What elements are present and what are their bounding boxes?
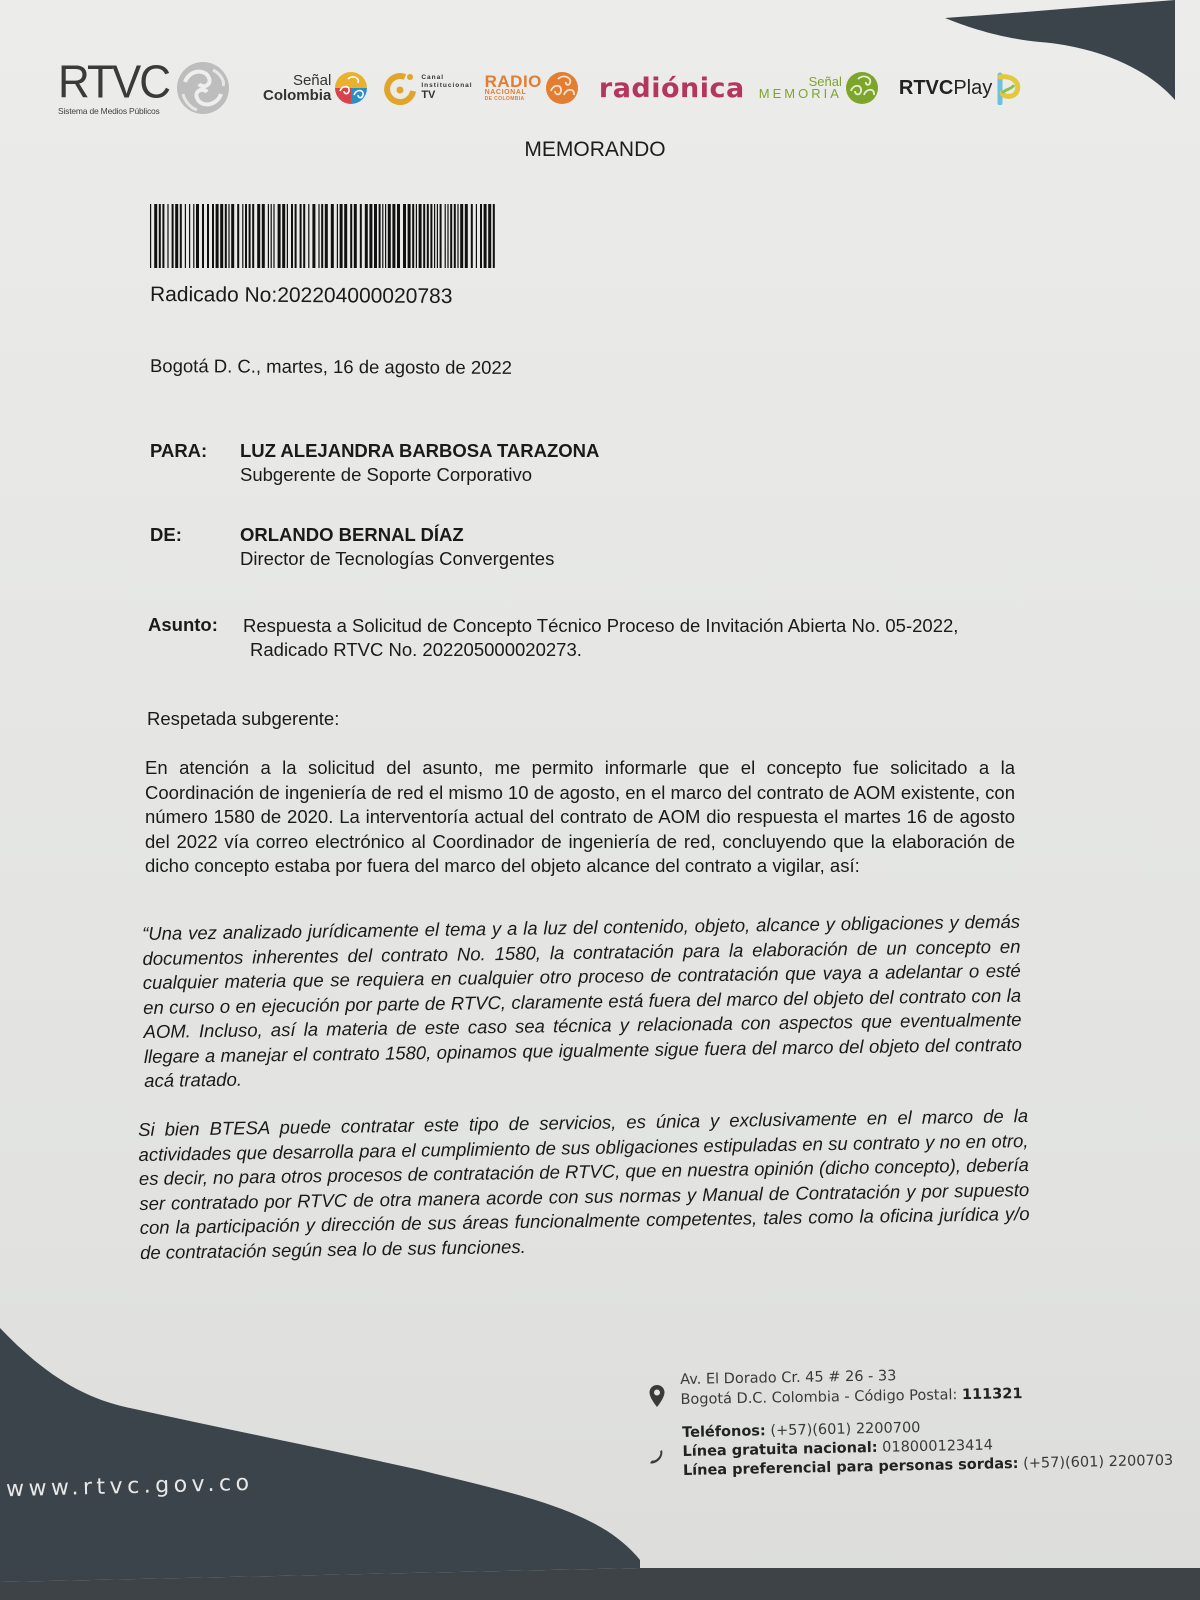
canal-text-line3: TV (421, 89, 472, 102)
recipient-role: Subgerente de Soporte Corporativo (240, 464, 532, 486)
senal-memoria-bottom-text: MEMORIA (759, 88, 842, 100)
play-icon (994, 71, 1024, 105)
senal-colombia-top-text: Señal (263, 73, 331, 88)
phones-value: (+57)(601) 2200700 (766, 1420, 921, 1439)
deaf-line-value: (+57)(601) 2200703 (1018, 1453, 1173, 1472)
recipient-name: LUZ ALEJANDRA BARBOSA TARAZONA (240, 440, 599, 462)
senal-colombia-bottom-text: Colombia (263, 88, 331, 103)
memo-date: Bogotá D. C., martes, 16 de agosto de 20… (150, 355, 512, 379)
canal-text-line2: Institucional (421, 82, 472, 89)
rtvc-logo-text: RTVC (58, 60, 169, 106)
memo-page: RTVC Sistema de Medios Públicos Señal Co… (0, 0, 1200, 1600)
body-paragraph: En atención a la solicitud del asunto, m… (145, 756, 1015, 879)
canal-institucional-logo: Canal Institucional TV (380, 71, 472, 105)
quoted-paragraph: “Una vez analizado jurídicamente el tema… (142, 910, 1022, 1094)
senal-colombia-logo: Señal Colombia (263, 71, 368, 105)
radio-nacional-line1: RADIO (485, 74, 542, 90)
phone-icon (648, 1448, 666, 1466)
asunto-label: Asunto: (148, 614, 218, 636)
free-line-value: 018000123414 (877, 1437, 993, 1455)
postal-code: 111321 (962, 1386, 1023, 1403)
rtvcplay-light-text: Play (953, 77, 992, 99)
rtvc-logo: RTVC Sistema de Medios Públicos (58, 60, 231, 116)
quoted-paragraph: Si bien BTESA puede contratar este tipo … (138, 1104, 1030, 1265)
rtvcplay-bold-text: RTVC (899, 77, 953, 99)
radionica-logo: radiónica (599, 73, 745, 104)
canal-institucional-icon (383, 71, 417, 105)
subject-line-2: Radicado RTVC No. 202205000020273. (243, 638, 1013, 662)
radio-nacional-swirl-icon (545, 71, 579, 105)
para-label: PARA: (150, 440, 207, 462)
rtvcplay-logo: RTVCPlay (891, 71, 1024, 105)
memo-title: MEMORANDO (0, 138, 1190, 162)
senal-memoria-swirl-icon (845, 71, 879, 105)
sender-name: ORLANDO BERNAL DÍAZ (240, 524, 464, 546)
address-line-2: Bogotá D.C. Colombia - Código Postal: (680, 1387, 962, 1408)
salutation: Respetada subgerente: (147, 708, 339, 730)
footer-address: Av. El Dorado Cr. 45 # 26 - 33 Bogotá D.… (680, 1364, 1023, 1410)
radicado-number: Radicado No:202204000020783 (150, 283, 453, 309)
brand-logo-bar: RTVC Sistema de Medios Públicos Señal Co… (58, 56, 978, 120)
senal-memoria-logo: Señal MEMORIA (759, 71, 879, 105)
barcode (150, 204, 498, 268)
phones-label: Teléfonos: (682, 1423, 766, 1441)
radio-nacional-logo: RADIO NACIONAL DE COLOMBIA (485, 71, 579, 105)
sender-role: Director de Tecnologías Convergentes (240, 548, 554, 570)
canal-text-line1: Canal (421, 74, 472, 81)
map-pin-icon (648, 1384, 666, 1408)
senal-colombia-swirl-icon (334, 71, 368, 105)
radio-nacional-line3: DE COLOMBIA (485, 97, 542, 102)
free-line-label: Línea gratuita nacional: (682, 1440, 877, 1460)
rtvc-swirl-icon (175, 60, 231, 116)
footer-phones: Teléfonos: (+57)(601) 2200700 Línea grat… (682, 1414, 1173, 1481)
subject-line-1: Respuesta a Solicitud de Concepto Técnic… (243, 615, 958, 636)
de-label: DE: (150, 524, 182, 546)
